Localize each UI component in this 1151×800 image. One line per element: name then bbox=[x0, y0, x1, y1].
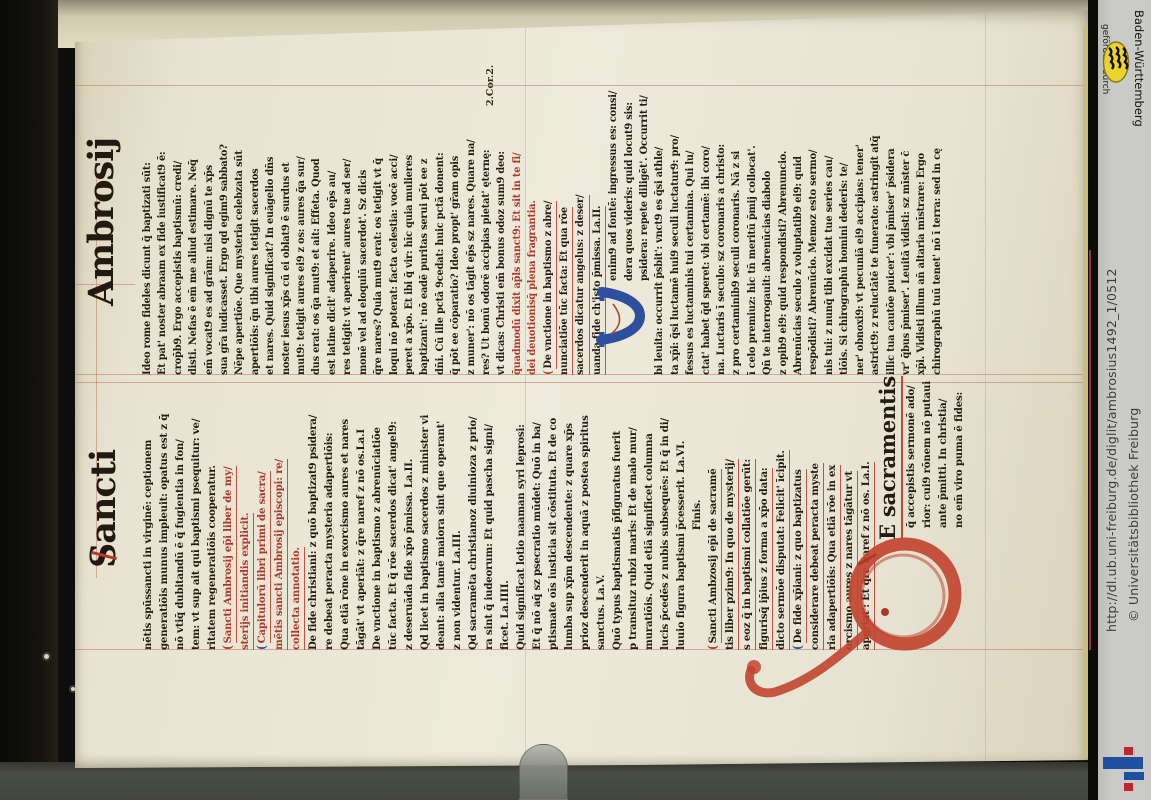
text-line-content: Sancti Ambzosij ep̄i de sacramē bbox=[705, 469, 722, 644]
text-line-content: sterijs initiandis explicit. bbox=[237, 513, 254, 650]
text-line-content: ficet. La.IIII. bbox=[497, 580, 513, 650]
text-line-content: dei deuotionisq̄ plena fragrantia. bbox=[525, 200, 540, 375]
text-line: illic tua cautōe puicer': vbi p̄miser' p… bbox=[884, 87, 899, 375]
text-line-content: noster iesus xp̄s cū ei oblat9 ē surdus … bbox=[279, 162, 294, 375]
text-line: monē vel ad eloquiū sacerdot'. Sz dicis bbox=[356, 87, 371, 375]
text-line: z deseruāda fide xp̄o p̄missa. La.II. bbox=[401, 380, 417, 650]
text-line-content: ctat' habet q̄d speret: vbi certamē: ibi… bbox=[699, 146, 714, 375]
text-line-content: tāgāt' vt aperiāt: z q̄re naref z nō os.… bbox=[353, 429, 369, 650]
text-line-content: chirographū tuū tenet' nō ī terra: sed i… bbox=[930, 148, 945, 375]
text-line: nis tui: z nunq̄ tibi excidat tue series… bbox=[822, 87, 837, 375]
ruling-line bbox=[75, 85, 1093, 86]
text-line-content: dera quos videris: quid locut9 sis: bbox=[622, 102, 637, 281]
text-line-content: baptizant': nō eadē puritas serui pōt ee… bbox=[417, 159, 432, 375]
text-line: De vnctione in baptismo z abrenūciatiōe bbox=[369, 380, 385, 650]
text-line: luuio figura baptismi p̄cesserit. La.VI. bbox=[673, 380, 689, 650]
text-line-content: res? Ut bonū odorē accipias pietat' ęter… bbox=[479, 150, 494, 375]
text-line: Et pat' noster abraam ex fide iustificat… bbox=[155, 87, 170, 375]
paper-chain-line bbox=[985, 8, 986, 768]
text-line: lumba sup xp̄m descendente: z quare xp̄s bbox=[561, 380, 577, 650]
text-line-content: rior: cui9 rōnem nō putaui bbox=[919, 381, 935, 528]
text-line-content: psidera: repete diligēt'. Occurrit ti/ bbox=[637, 95, 652, 281]
text-line-content: fessus es luctaminis tui certamina. Qui … bbox=[683, 151, 698, 375]
region-label: Baden-Württemberg bbox=[1132, 10, 1146, 130]
text-line-content: z opib9 ei9: quid respondisti? Abrenunci… bbox=[776, 151, 791, 375]
manuscript-page: Sancti Ambrosij nētis spūssancti in virg… bbox=[75, 8, 1093, 768]
text-line-content: nunciatiōe tūc facta: Et qua rōe bbox=[557, 207, 573, 375]
text-line: ra sint q̄ iudeorum: Et quid pascha sign… bbox=[481, 380, 497, 650]
text-line-content: q̄uadmodū dixit ap̄ls sanct9: Et sit in … bbox=[510, 153, 525, 375]
red-pilcrow-icon: ( bbox=[219, 645, 237, 650]
text-line: res? Ut bonū odorē accipias pietat' ęter… bbox=[479, 87, 494, 375]
text-line-content: loqui nō poterat: facta celestia: vocē a… bbox=[387, 155, 402, 375]
text-line-content: sua gr̄a iudicasset. Ergo qd egim9 sabba… bbox=[217, 144, 232, 375]
text-line-content: Quō typus baptismatis p̄figuratus fuerit bbox=[609, 431, 625, 650]
text-line-content: ner' obnoxi9: vt pecuniā ei9 accipias: t… bbox=[853, 144, 868, 375]
text-line: tem: vt sup ait qui baptismi psequitur: … bbox=[188, 380, 204, 650]
text-line-content: em̄ vocat9 es ad grām: nisi dignū te xp̄… bbox=[202, 165, 217, 375]
text-line: nētis spūssancti in virginē: ceptionem bbox=[140, 380, 156, 650]
text-line: xp̄i. Vidisti illum an̄ altaria mīstrare… bbox=[914, 87, 929, 375]
text-line: Abrenūcias seculo z voluptatib9 ei9: qui… bbox=[791, 87, 806, 375]
text-line-content: Capitulorū libri primi de sacra/ bbox=[254, 471, 271, 643]
text-line-content: sanctus. La.V. bbox=[593, 575, 609, 650]
text-line-content: E sacramentis bbox=[875, 376, 903, 540]
text-line-content: illic tua cautōe puicer': vbi p̄miser' p… bbox=[884, 148, 899, 375]
text-line: ficet. La.IIII. bbox=[497, 380, 513, 650]
text-line: muratiōis. Quid etiā significet columna bbox=[641, 380, 657, 650]
text-line-content: astrict9: z reluctātē te funerato: astri… bbox=[868, 136, 883, 375]
text-line: peret a xp̄o. Et ibi q̄ vir: hīc quia mu… bbox=[402, 87, 417, 375]
text-line-content: Qd licet in baptismo sacerdos z minister… bbox=[417, 415, 433, 650]
text-line-content: Et pat' noster abraam ex fide iustificat… bbox=[155, 152, 170, 375]
text-line-content: collecta annotatio. bbox=[288, 547, 305, 650]
text-line-content: De vnctione in baptismo z abre/ bbox=[541, 201, 557, 369]
text-line: tūc facta. Et q̄ rōe sacerdos dicat' ang… bbox=[385, 380, 401, 650]
copyright-label: © Universitätsbibliothek Freiburg bbox=[1126, 408, 1141, 623]
text-line: ritatem regeneratiōis cooperatur. bbox=[204, 380, 220, 650]
text-line-content: na. Luctaris ī seculo: sz coronaris a ch… bbox=[714, 144, 729, 375]
text-line-content: dn̄i. Cū ille pctā 9cedat: huic pctā don… bbox=[433, 153, 448, 375]
text-line: prioz descenderit in aquā z postea spiri… bbox=[577, 380, 593, 650]
text-line: lucis p̄cedēs z nubis subsequēs: Et q̄ i… bbox=[657, 380, 673, 650]
text-line-content: generatiōis munus impleuit: opatus est z… bbox=[156, 414, 172, 650]
text-line: z muner': nō os tāgit ep̄s sz nares. Qua… bbox=[464, 87, 479, 375]
text-line: Qd licet in baptismo sacerdos z minister… bbox=[417, 380, 433, 650]
text-line: respōdisti? Abrenūcio. Memoz esto sermo/ bbox=[806, 87, 821, 375]
text-line: p transituz rubzi maris: Et de malo mur/ bbox=[625, 380, 641, 650]
text-line-content: monē vel ad eloquiū sacerdot'. Sz dicis bbox=[356, 170, 371, 375]
page-hole-mark bbox=[42, 652, 51, 661]
text-line: (Sancti Ambrosij ep̄i liber de my/ bbox=[220, 380, 237, 650]
text-line: mētis sancti Ambrosij episcopi: re/ bbox=[271, 380, 288, 650]
text-line: baptizant': nō eadē puritas serui pōt ee… bbox=[417, 87, 432, 375]
text-line: dus erat: os q̄a mut9: et ait: Effeta. Q… bbox=[309, 87, 324, 375]
text-line-content: mētis sancti Ambrosij episcopi: re/ bbox=[271, 459, 288, 650]
text-line-content: lumba sup xp̄m descendente: z quare xp̄s bbox=[561, 423, 577, 650]
text-line: De fide christiani: z quō baptizat9 psid… bbox=[305, 380, 321, 650]
text-line-content: nis tui: z nunq̄ tibi excidat tue series… bbox=[822, 156, 837, 375]
text-line-content: ra sint q̄ iudeorum: Et quid pascha sign… bbox=[481, 424, 497, 650]
text-line-content: disti. Nefas ē em̄ me aliud estimare. Ne… bbox=[186, 159, 201, 375]
text-line: nō vtiq̄ dubitandū ē q̄ fugientia in fon… bbox=[172, 380, 188, 650]
page-reading-surface: Sancti Ambrosij nētis spūssancti in virg… bbox=[75, 8, 1093, 768]
text-line-content: Abrenūcias seculo z voluptatib9 ei9: qui… bbox=[791, 156, 806, 375]
text-line: Quid significat lotio naaman syri lepros… bbox=[513, 380, 529, 650]
text-line: sanctus. La.V. bbox=[593, 380, 609, 650]
text-column-right: Ideo rome fideles dicunt q̄ baptizati sū… bbox=[140, 87, 945, 375]
text-line-content: p transituz rubzi maris: Et de malo mur/ bbox=[625, 427, 641, 650]
text-line: est latine dicit' adaperire. Ideo ep̄s a… bbox=[325, 87, 340, 375]
text-line-content: xp̄i. Vidisti illum an̄ altaria mīstrare… bbox=[914, 153, 929, 375]
text-line-content: q̄ pōt ee cōparatio? Ideo propt' gr̄am o… bbox=[448, 156, 463, 375]
text-line: crop̄b9. Ergo accepistis baptismū: credi… bbox=[171, 87, 186, 375]
text-line: (De vnctione in baptismo z abre/ bbox=[541, 87, 557, 375]
text-line-content: luuio figura baptismi p̄cesserit. La.VI. bbox=[673, 441, 689, 650]
scanner-background bbox=[0, 0, 58, 800]
text-line-content: no em̄ viro puma ē fides: bbox=[951, 392, 967, 528]
text-line-content: ta xp̄i: q̄si luctamē hui9 seculi luctat… bbox=[668, 135, 683, 375]
text-line-content: z pro certaminib9 seculi coronaris. Nā z… bbox=[729, 151, 744, 375]
text-line: nunciatiōe tūc facta: Et qua rōe bbox=[557, 87, 573, 375]
text-line-content: De vnctione in baptismo z abrenūciatiōe bbox=[369, 427, 385, 650]
text-line-content: De fide christiani: z quō baptizat9 psid… bbox=[305, 415, 321, 650]
text-line-content: dus erat: os q̄a mut9: et ait: Effeta. Q… bbox=[309, 159, 324, 375]
text-line-content: enim9 ad fontē: ingressus es: consi/ bbox=[606, 91, 621, 281]
text-line-content: tem: vt sup ait qui baptismi psequitur: … bbox=[188, 419, 204, 650]
text-line-content: lucis p̄cedēs z nubis subsequēs: Et q̄ i… bbox=[657, 418, 673, 650]
text-line: na. Luctaris ī seculo: sz coronaris a ch… bbox=[714, 87, 729, 375]
text-line: Ideo rome fideles dicunt q̄ baptizati sū… bbox=[140, 87, 155, 375]
text-line: ctat' habet q̄d speret: vbi certamē: ibi… bbox=[699, 87, 714, 375]
margin-note: 2.Cor.2. bbox=[485, 65, 496, 106]
text-line-content: ptismate oīs iusticia sit cōstituta. Et … bbox=[545, 418, 561, 650]
text-line-content: muratiōis. Quid etiā significet columna bbox=[641, 433, 657, 650]
text-line: disti. Nefas ē em̄ me aliud estimare. Ne… bbox=[186, 87, 201, 375]
text-line-content: vr' q̄bus p̄miser'. Leuitā vidisti: sz m… bbox=[899, 151, 914, 375]
blue-pilcrow-icon: ( bbox=[253, 645, 271, 650]
text-line: astrict9: z reluctātē te funerato: astri… bbox=[868, 87, 883, 375]
text-line: q̄re nares? Quia mut9 erat: os tetigit v… bbox=[371, 87, 386, 375]
text-line-content: z deseruāda fide xp̄o p̄missa. La.II. bbox=[401, 459, 417, 650]
text-line: ī celo premiuz: hic tn̄ meritū p̄mij col… bbox=[745, 87, 760, 375]
text-line-content: tūc facta. Et q̄ rōe sacerdos dicat' ang… bbox=[385, 421, 401, 650]
text-line: ptismate oīs iusticia sit cōstituta. Et … bbox=[545, 380, 561, 650]
text-line: em̄ vocat9 es ad grām: nisi dignū te xp̄… bbox=[202, 87, 217, 375]
text-line: generatiōis munus impleuit: opatus est z… bbox=[156, 380, 172, 650]
page-holder-tab bbox=[519, 744, 568, 800]
text-line-content: vt dicas: Christi em̄ bonus odoz sum9 de… bbox=[494, 151, 509, 375]
text-line-content: Ideo rome fideles dicunt q̄ baptizati sū… bbox=[140, 162, 155, 375]
text-line-content: mut9: tetigit aures ei9 z os: aures q̄a … bbox=[294, 156, 309, 375]
text-line: z pro certaminib9 seculi coronaris. Nā z… bbox=[729, 87, 744, 375]
text-line-content: peret a xp̄o. Et ibi q̄ vir: hīc quia mu… bbox=[402, 155, 417, 375]
text-line-content: est latine dicit' adaperire. Ideo ep̄s a… bbox=[325, 171, 340, 375]
text-line: apertiōis: q̄n tibi aures tetigit sacerd… bbox=[248, 87, 263, 375]
text-line-content: Finis. bbox=[689, 500, 705, 530]
baden-wuerttemberg-coat-of-arms-icon bbox=[1102, 40, 1130, 84]
text-line-content: Sancti Ambrosij ep̄i liber de my/ bbox=[220, 466, 237, 643]
text-line: chirographū tuū tenet' nō ī terra: sed i… bbox=[930, 87, 945, 375]
digitization-url: http://dl.ub.uni-freiburg.de/diglit/ambr… bbox=[1104, 268, 1119, 632]
text-line: collecta annotatio. bbox=[288, 380, 305, 650]
lombard-initial-d-icon bbox=[733, 522, 968, 712]
text-line: Finis. bbox=[689, 380, 705, 650]
text-line-content: Qua etiā rōne in exorcismo aures et nare… bbox=[337, 419, 353, 650]
text-line: ta xp̄i: q̄si luctamē hui9 seculi luctat… bbox=[668, 87, 683, 375]
text-line: noster iesus xp̄s cū ei oblat9 ē surdus … bbox=[279, 87, 294, 375]
red-pilcrow-icon: ( bbox=[704, 645, 722, 650]
page-edge-red-stain bbox=[1089, 250, 1091, 650]
text-line: Qn̄ te interrogauit: abrenūcias diabolo bbox=[760, 87, 775, 375]
text-line-content: Nēpe apertiōe. Que mysteria celebzata sū… bbox=[232, 150, 247, 375]
text-line: dn̄i. Cū ille pctā 9cedat: huic pctā don… bbox=[433, 87, 448, 375]
text-line: fessus es luctaminis tui certamina. Qui … bbox=[683, 87, 698, 375]
text-line-content: re debeat peracta mysteria adapertiōis: bbox=[321, 433, 337, 650]
text-line: loqui nō poterat: facta celestia: vocē a… bbox=[387, 87, 402, 375]
text-line: vt dicas: Christi em̄ bonus odoz sum9 de… bbox=[494, 87, 509, 375]
text-line-content: nō vtiq̄ dubitandū ē q̄ fugientia in fon… bbox=[172, 439, 188, 650]
text-line: z opib9 ei9: quid respondisti? Abrenunci… bbox=[776, 87, 791, 375]
text-line-content: Et q̄ nō aq̄ sz psecratio mūdet: Quō in … bbox=[529, 422, 545, 650]
text-line: sua gr̄a iudicasset. Ergo qd egim9 sabba… bbox=[217, 87, 232, 375]
text-line: Et q̄ nō aq̄ sz psecratio mūdet: Quō in … bbox=[529, 380, 545, 650]
text-line-content: crop̄b9. Ergo accepistis baptismū: credi… bbox=[171, 161, 186, 375]
text-line-content: q̄re nares? Quia mut9 erat: os tetigit v… bbox=[371, 158, 386, 375]
text-line-content: sacerdos dicatur angelus: z deser/ bbox=[573, 195, 589, 375]
text-line: sterijs initiandis explicit. bbox=[237, 380, 254, 650]
text-line: z non videntur. La.III. bbox=[449, 380, 465, 650]
text-line-content: nētis spūssancti in virginē: ceptionem bbox=[140, 440, 156, 650]
text-line-content: Qn̄ te interrogauit: abrenūcias diabolo bbox=[760, 171, 775, 375]
library-logo-icon bbox=[1100, 744, 1150, 796]
text-line: q̄ pōt ee cōparatio? Ideo propt' gr̄am o… bbox=[448, 87, 463, 375]
running-header-right: Ambrosij bbox=[81, 138, 122, 306]
text-line: deant: alia tamē maiora sint que operant… bbox=[433, 380, 449, 650]
running-header-left: Sancti bbox=[83, 450, 124, 568]
text-line: Nēpe apertiōe. Que mysteria celebzata sū… bbox=[232, 87, 247, 375]
lombard-initial-v-icon bbox=[595, 286, 647, 348]
text-line-content: tiōis. Si chirographū homini dederis: te… bbox=[837, 163, 852, 375]
text-line: et nares. Quid significat? In euāgelio d… bbox=[263, 87, 278, 375]
text-line: Qd sacramēta christianoz diuinioza z pri… bbox=[465, 380, 481, 650]
text-line-content: ritatem regeneratiōis cooperatur. bbox=[204, 465, 220, 650]
text-line-content: bi leuita: occurrit p̄sbit': vnct9 es q̄… bbox=[652, 147, 667, 375]
text-line-content: apertiōis: q̄n tibi aures tetigit sacerd… bbox=[248, 169, 263, 375]
text-line: Quō typus baptismatis p̄figuratus fuerit bbox=[609, 380, 625, 650]
text-line-content: Qd sacramēta christianoz diuinioza z pri… bbox=[465, 416, 481, 650]
text-line: mut9: tetigit aures ei9 z os: aures q̄a … bbox=[294, 87, 309, 375]
text-line-content: ī celo premiuz: hic tn̄ meritū p̄mij col… bbox=[745, 146, 760, 375]
text-line-content: et nares. Quid significat? In euāgelio d… bbox=[263, 157, 278, 375]
text-line-content: ante p̄mitti. In christia/ bbox=[935, 399, 951, 528]
text-line-content: z non videntur. La.III. bbox=[449, 531, 465, 650]
text-line: res tetigit: vt aperirent' aures tue ad … bbox=[340, 87, 355, 375]
text-line-content: z muner': nō os tāgit ep̄s sz nares. Qua… bbox=[464, 140, 479, 375]
text-line-content: res tetigit: vt aperirent' aures tue ad … bbox=[340, 159, 355, 375]
text-line: tiōis. Si chirographū homini dederis: te… bbox=[837, 87, 852, 375]
text-line: (Sancti Ambzosij ep̄i de sacramē bbox=[705, 380, 722, 650]
text-line-content: prioz descenderit in aquā z postea spiri… bbox=[577, 415, 593, 650]
text-line-content: respōdisti? Abrenūcio. Memoz esto sermo/ bbox=[806, 150, 821, 375]
text-line: q̄uadmodū dixit ap̄ls sanct9: Et sit in … bbox=[510, 87, 525, 375]
red-pilcrow-icon: ( bbox=[539, 371, 557, 375]
text-line-content: q̄ accepistis sermonē ado/ bbox=[903, 385, 919, 528]
text-line: tāgāt' vt aperiāt: z q̄re naref z nō os.… bbox=[353, 380, 369, 650]
text-line: re debeat peracta mysteria adapertiōis: bbox=[321, 380, 337, 650]
text-line: ner' obnoxi9: vt pecuniā ei9 accipias: t… bbox=[853, 87, 868, 375]
text-line: bi leuita: occurrit p̄sbit': vnct9 es q̄… bbox=[652, 87, 667, 375]
text-line: vr' q̄bus p̄miser'. Leuitā vidisti: sz m… bbox=[899, 87, 914, 375]
text-line-content: Quid significat lotio naaman syri lepros… bbox=[513, 424, 529, 650]
text-line: dei deuotionisq̄ plena fragrantia. bbox=[525, 87, 540, 375]
text-line-content: deant: alia tamē maiora sint que operant… bbox=[433, 421, 449, 650]
text-line: (Capitulorū libri primi de sacra/ bbox=[254, 380, 271, 650]
text-line: sacerdos dicatur angelus: z deser/ bbox=[573, 87, 589, 375]
text-line: Qua etiā rōne in exorcismo aures et nare… bbox=[337, 380, 353, 650]
